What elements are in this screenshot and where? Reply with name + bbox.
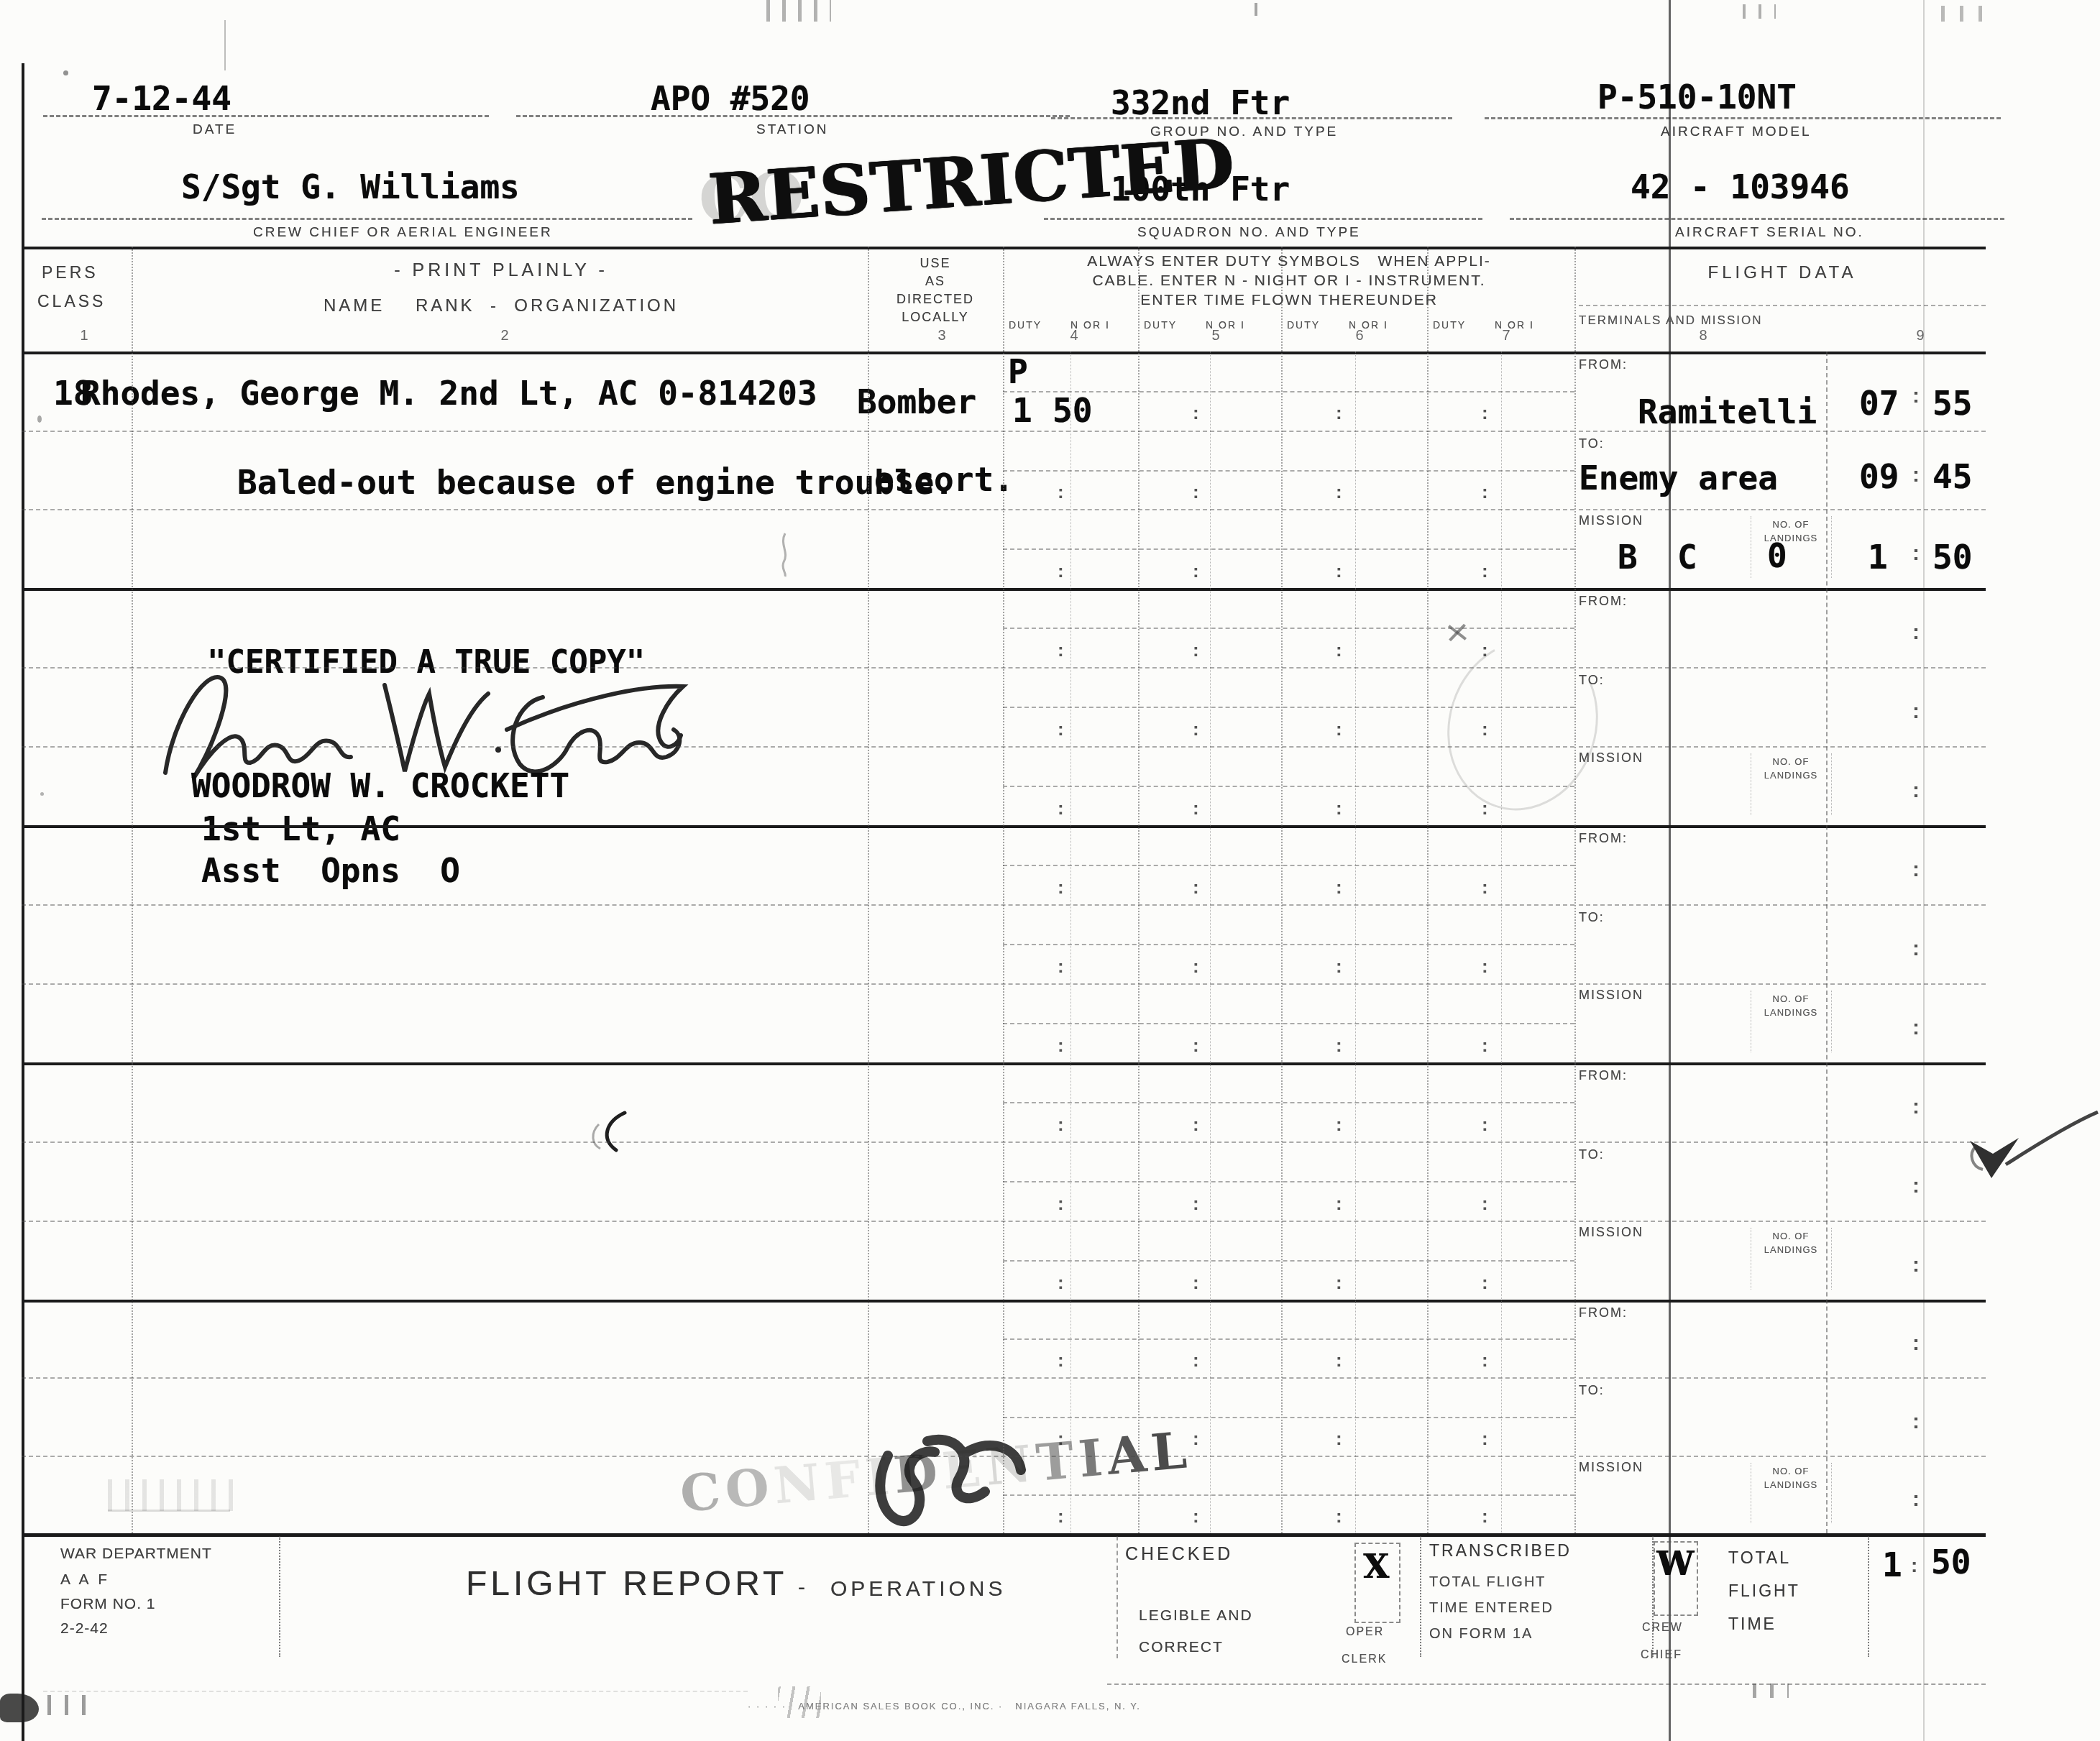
date-underline <box>43 115 489 117</box>
column-rule <box>1003 247 1004 1533</box>
flight-time-colon: : <box>1912 1095 1920 1119</box>
footer-rule <box>279 1536 280 1657</box>
column-number: 3 <box>927 328 956 344</box>
duty-colon: : <box>1193 639 1199 661</box>
duty-colon: : <box>1058 718 1064 740</box>
duty-row-divider <box>1003 1102 1574 1103</box>
duty-colon: : <box>1482 718 1488 740</box>
duty-row-divider <box>1003 786 1574 787</box>
form-id-3: FORM NO. 1 <box>60 1596 156 1613</box>
duty-colon: : <box>1058 1272 1064 1294</box>
duty-subcol-label: DUTY <box>1144 319 1177 331</box>
footer-rule <box>1652 1536 1654 1657</box>
flight-row-divider <box>1579 667 1986 669</box>
duty-row-divider <box>1003 865 1574 866</box>
flight-time-colon: : <box>1912 1410 1920 1434</box>
flight-time-colon: : <box>1912 937 1920 961</box>
duty-colon: : <box>1058 560 1064 582</box>
duty-row-divider <box>1003 1181 1574 1182</box>
duty-colon: : <box>1336 955 1342 978</box>
duty-row-divider <box>1003 944 1574 945</box>
station-label: STATION <box>756 122 829 138</box>
duty-colon: : <box>1193 955 1199 978</box>
ink-dot-2 <box>37 415 42 423</box>
duty-mid-rule <box>1501 352 1502 1533</box>
landings-label-2: LANDINGS <box>1751 1007 1831 1018</box>
flight-data-label: FLIGHT DATA <box>1579 263 1986 283</box>
landings-box-right <box>1831 753 1832 815</box>
column-number: 9 <box>1906 328 1935 344</box>
group-underline <box>1051 117 1452 119</box>
row-divider <box>22 1456 1574 1457</box>
mission-minutes-value: 50 <box>1932 538 1972 576</box>
to-minutes-value: 45 <box>1932 457 1972 496</box>
duty-colon: : <box>1193 1272 1199 1294</box>
top-tick-single <box>1255 3 1257 16</box>
form-id-4: 2-2-42 <box>60 1620 109 1637</box>
duty-colon: : <box>1482 1505 1488 1528</box>
duty-colon: : <box>1058 1193 1064 1215</box>
duty-colon: : <box>1336 1505 1342 1528</box>
duty-colon: : <box>1058 1113 1064 1136</box>
form-id-1: WAR DEPARTMENT <box>60 1545 212 1563</box>
column-rule <box>868 247 869 1533</box>
checked-line-2: CORRECT <box>1139 1639 1224 1656</box>
duty-row-divider <box>1003 707 1574 708</box>
duty-row-divider <box>1003 391 1574 392</box>
crew-chief-label: CREW CHIEF OR AERIAL ENGINEER <box>253 225 553 241</box>
flight-time-colon: : <box>1912 463 1920 487</box>
checked-line-1: LEGIBLE AND <box>1139 1607 1253 1625</box>
use-value-1: Bomber <box>857 382 976 421</box>
scan-faint-line-top <box>224 20 226 70</box>
heavy-rule <box>22 1533 1986 1537</box>
form-id-2: A A F <box>60 1571 110 1589</box>
flight-report-scan: 7-12-44 DATE APO #520 STATION 332nd Ftr … <box>0 0 2100 1741</box>
serial-label: AIRCRAFT SERIAL NO. <box>1675 225 1864 241</box>
duty-colon: : <box>1193 402 1199 424</box>
from-value: Ramitelli <box>1638 392 1817 431</box>
column-rule <box>1281 247 1283 1533</box>
scan-fold-line <box>1669 0 1671 1741</box>
to-label: TO: <box>1579 436 1605 451</box>
duty-colon: : <box>1193 1113 1199 1136</box>
pilot-name-value: Rhodes, George M. 2nd Lt, AC 0-814203 <box>81 374 817 413</box>
duty-colon: : <box>1482 1113 1488 1136</box>
confidential-letter: I <box>1076 1428 1105 1489</box>
landings-label-1: NO. OF <box>1751 519 1831 530</box>
column-number: 6 <box>1345 328 1374 344</box>
footer-bottom-line-faint <box>43 1691 748 1692</box>
duty-colon: : <box>1193 481 1199 503</box>
footer-bottom-line <box>1107 1683 1986 1685</box>
duty-colon: : <box>1482 1034 1488 1057</box>
duty-colon: : <box>1193 1428 1199 1450</box>
flight-time-colon: : <box>1912 778 1920 803</box>
oper-label-1: OPER <box>1346 1626 1384 1639</box>
flight-row-divider <box>1579 746 1986 748</box>
transcribed-1: TRANSCRIBED <box>1429 1541 1572 1561</box>
signed-name: WOODROW W. CROCKETT <box>191 766 569 805</box>
from-minutes-value: 55 <box>1932 384 1972 423</box>
flight-time-colon: : <box>1912 1253 1920 1277</box>
crew-label-1: CREW <box>1642 1622 1683 1635</box>
flight-row-divider <box>1579 904 1986 906</box>
landings-label-1: NO. OF <box>1751 993 1831 1004</box>
mission-label: MISSION <box>1579 1460 1643 1475</box>
station-underline <box>516 115 1070 117</box>
date-label: DATE <box>193 122 237 138</box>
flight-row-divider <box>1579 1456 1986 1457</box>
top-right-ticks <box>1743 4 1776 19</box>
footer-rule-dashed <box>1117 1536 1118 1658</box>
duty-colon: : <box>1482 639 1488 661</box>
duty-colon: : <box>1482 1272 1488 1294</box>
column-rule <box>1427 247 1429 1533</box>
transcribed-4: ON FORM 1A <box>1429 1626 1533 1643</box>
faded-stamp-underline <box>108 1510 230 1512</box>
bottom-left-ticks <box>47 1695 91 1715</box>
column-number: 4 <box>1060 328 1088 344</box>
duty-colon: : <box>1336 560 1342 582</box>
flight-row-divider <box>1579 1221 1986 1222</box>
signed-rank: 1st Lt, AC <box>201 809 400 848</box>
duty-colon: : <box>1058 876 1064 899</box>
serial-value: 42 - 103946 <box>1631 167 1850 206</box>
duty-row-divider <box>1003 628 1574 629</box>
confidential-letter: C <box>678 1461 723 1524</box>
row-divider <box>22 983 1574 985</box>
row-divider <box>22 667 1574 669</box>
to-label: TO: <box>1579 673 1605 688</box>
flight-row-divider <box>1579 1377 1986 1379</box>
duty-colon: : <box>1482 481 1488 503</box>
from-hours-value: 07 <box>1859 384 1899 423</box>
duty-colon: : <box>1482 1428 1488 1450</box>
use-label-1: USE <box>870 256 1001 271</box>
duty-colon: : <box>1482 1349 1488 1372</box>
faded-stamp-remnant <box>108 1479 237 1511</box>
from-label: FROM: <box>1579 1305 1628 1320</box>
top-far-right-ticks <box>1941 6 1991 22</box>
duty-colon: : <box>1336 718 1342 740</box>
duty-colon: : <box>1336 797 1342 819</box>
footer-rule <box>1868 1536 1869 1657</box>
duty-subcol-label: DUTY <box>1433 319 1466 331</box>
duty-colon: : <box>1058 1349 1064 1372</box>
duty-colon: : <box>1058 1034 1064 1057</box>
flight-row-divider <box>1579 431 1986 432</box>
flight-data-divider <box>1579 305 1986 306</box>
crew-label-2: CHIEF <box>1641 1649 1682 1662</box>
duty-subcol-label: DUTY <box>1009 319 1042 331</box>
to-value: Enemy area <box>1579 459 1778 497</box>
duty-minutes-value: 50 <box>1053 391 1092 430</box>
duty-colon: : <box>1193 560 1199 582</box>
remark-value: Baled-out because of engine trouble. <box>237 463 954 502</box>
confidential-letter: L <box>1149 1420 1189 1483</box>
crew-chief-checkmark: W <box>1656 1544 1694 1583</box>
aircraft-model-underline <box>1485 117 2001 119</box>
print-plainly-label: - PRINT PLAINLY - <box>137 260 866 281</box>
from-label: FROM: <box>1579 1068 1628 1083</box>
transcribed-2: TOTAL FLIGHT <box>1429 1574 1546 1591</box>
column-number: 1 <box>70 328 98 344</box>
column-rule <box>132 247 133 1533</box>
total-label-3: TIME <box>1728 1614 1776 1634</box>
duty-row-divider <box>1003 1338 1574 1340</box>
use-label-4: LOCALLY <box>870 310 1001 325</box>
flight-time-colon: : <box>1912 1174 1920 1198</box>
duty-row-divider <box>1003 1494 1574 1496</box>
landings-label-1: NO. OF <box>1751 1231 1831 1241</box>
report-subtitle: OPERATIONS <box>830 1577 1006 1602</box>
duty-colon: : <box>1336 639 1342 661</box>
bottom-center-pencil <box>778 1686 821 1718</box>
bottom-left-blob <box>0 1694 39 1722</box>
column-number: 5 <box>1201 328 1230 344</box>
transcribed-3: TIME ENTERED <box>1429 1600 1554 1617</box>
duty-colon: : <box>1336 1113 1342 1136</box>
from-label: FROM: <box>1579 831 1628 846</box>
duty-colon: : <box>1482 560 1488 582</box>
duty-colon: : <box>1336 1272 1342 1294</box>
row-divider <box>22 1141 1574 1143</box>
landings-box-right <box>1831 991 1832 1052</box>
duty-header-1: ALWAYS ENTER DUTY SYMBOLS WHEN APPLI- <box>1007 253 1572 270</box>
duty-colon: : <box>1058 639 1064 661</box>
column-rule <box>1138 247 1140 1533</box>
duty-hours-value: 1 <box>1012 391 1032 430</box>
mission-hours-value: 1 <box>1868 538 1888 576</box>
flight-row-divider <box>1579 509 1986 510</box>
duty-row-divider <box>1003 1417 1574 1418</box>
duty-symbol-value: P <box>1008 352 1028 391</box>
column-rule <box>1574 247 1576 1533</box>
date-value: 7-12-44 <box>92 79 231 118</box>
confidential-letter: F <box>822 1448 863 1511</box>
to-label: TO: <box>1579 1383 1605 1398</box>
duty-colon: : <box>1193 1034 1199 1057</box>
mission-codes-value: B C <box>1618 538 1697 576</box>
row-divider <box>22 431 1574 432</box>
duty-colon: : <box>1193 718 1199 740</box>
pers-label-2: CLASS <box>37 292 106 311</box>
flight-time-colon: : <box>1912 1016 1920 1040</box>
landings-label-2: LANDINGS <box>1751 1479 1831 1490</box>
pencil-check-mark <box>1955 1096 2100 1190</box>
footer-rule <box>1420 1536 1421 1657</box>
total-label-1: TOTAL <box>1728 1548 1791 1568</box>
group-value: 332nd Ftr <box>1111 83 1290 122</box>
scan-faint-line <box>1923 0 1925 1741</box>
row-divider <box>22 509 1574 510</box>
duty-colon: : <box>1058 1428 1064 1450</box>
mission-label: MISSION <box>1579 1225 1643 1240</box>
oper-clerk-checkmark: X <box>1363 1547 1389 1586</box>
duty-colon: : <box>1482 876 1488 899</box>
from-label: FROM: <box>1579 594 1628 609</box>
oper-label-2: CLERK <box>1342 1653 1387 1666</box>
duty-row-divider <box>1003 470 1574 472</box>
flight-time-colon: : <box>1912 699 1920 724</box>
confidential-overstamp-blob <box>859 1420 1046 1535</box>
landings-label-2: LANDINGS <box>1751 533 1831 543</box>
duty-colon: : <box>1482 797 1488 819</box>
duty-mid-rule <box>1210 352 1211 1533</box>
column-number: 8 <box>1689 328 1718 344</box>
crew-chief-value: S/Sgt G. Williams <box>181 167 520 206</box>
terminals-label: TERMINALS AND MISSION <box>1579 313 1762 328</box>
flight-time-colon: : <box>1912 384 1920 408</box>
column-number: 7 <box>1492 328 1521 344</box>
total-label-2: FLIGHT <box>1728 1581 1800 1601</box>
flight-row-divider <box>1579 1141 1986 1143</box>
duty-row-divider <box>1003 1023 1574 1024</box>
duty-row-divider <box>1003 1260 1574 1262</box>
row-divider <box>22 904 1574 906</box>
station-value: APO #520 <box>651 79 810 118</box>
flight-time-colon: : <box>1912 620 1920 645</box>
duty-colon: : <box>1482 955 1488 978</box>
duty-colon: : <box>1336 1193 1342 1215</box>
row-divider <box>22 1221 1574 1222</box>
to-label: TO: <box>1579 910 1605 925</box>
from-label: FROM: <box>1579 357 1628 372</box>
serial-underline <box>1510 218 2004 220</box>
ink-dot <box>63 70 68 75</box>
use-value-2: escort. <box>874 460 1014 499</box>
flight-time-colon: : <box>1912 1331 1920 1356</box>
duty-colon: : <box>1193 1193 1199 1215</box>
landings-box-right <box>1831 516 1832 578</box>
to-hours-value: 09 <box>1859 457 1899 496</box>
mission-label: MISSION <box>1579 513 1643 528</box>
total-minutes-value: 50 <box>1931 1543 1971 1581</box>
smudge-circle <box>1426 620 1620 830</box>
duty-colon: : <box>1193 1505 1199 1528</box>
mission-label: MISSION <box>1579 988 1643 1003</box>
duty-mid-rule <box>1070 352 1071 1533</box>
duty-colon: : <box>1193 1349 1199 1372</box>
signed-title: Asst Opns O <box>201 851 460 890</box>
duty-subcol-label: DUTY <box>1287 319 1320 331</box>
bottom-right-ticks <box>1753 1683 1789 1698</box>
squadron-label: SQUADRON NO. AND TYPE <box>1137 225 1361 241</box>
crew-chief-underline <box>42 218 692 220</box>
duty-mid-rule <box>1355 352 1356 1533</box>
duty-colon: : <box>1058 481 1064 503</box>
use-label-3: DIRECTED <box>870 292 1001 307</box>
checked-label: CHECKED <box>1125 1544 1233 1565</box>
row-divider <box>22 1377 1574 1379</box>
aircraft-model-value: P-510-10NT <box>1597 78 1797 116</box>
name-rank-org-label: NAME RANK - ORGANIZATION <box>137 296 866 316</box>
landings-label-1: NO. OF <box>1751 756 1831 767</box>
total-time-colon: : <box>1911 1554 1917 1577</box>
squadron-underline <box>1044 218 1482 220</box>
restricted-stamp: RESTRICTED <box>706 123 1237 241</box>
duty-colon: : <box>1336 1034 1342 1057</box>
duty-row-divider <box>1003 548 1574 550</box>
confidential-letter: N <box>771 1452 822 1515</box>
duty-colon: : <box>1193 797 1199 819</box>
ink-dot-3 <box>40 792 44 796</box>
duty-colon: : <box>1482 402 1488 424</box>
total-hours-value: 1 <box>1882 1545 1902 1584</box>
faint-squiggle <box>778 530 792 578</box>
landings-label-2: LANDINGS <box>1751 770 1831 781</box>
duty-colon: : <box>1336 1349 1342 1372</box>
to-label: TO: <box>1579 1147 1605 1162</box>
pers-label-1: PERS <box>42 263 98 282</box>
flight-time-colon: : <box>1912 858 1920 882</box>
small-ink-tick <box>586 1106 643 1156</box>
report-title-dash: - <box>798 1576 807 1600</box>
duty-colon: : <box>1058 955 1064 978</box>
landings-label-1: NO. OF <box>1751 1466 1831 1476</box>
landings-box-right <box>1831 1228 1832 1290</box>
flight-time-colon: : <box>1912 1487 1920 1512</box>
mission-label: MISSION <box>1579 750 1643 766</box>
duty-header-2: CABLE. ENTER N - NIGHT OR I - INSTRUMENT… <box>1007 272 1572 290</box>
row-divider <box>22 746 1574 748</box>
duty-colon: : <box>1336 1428 1342 1450</box>
landings-label-2: LANDINGS <box>1751 1244 1831 1255</box>
flight-time-colon: : <box>1912 541 1920 566</box>
top-tick-marks <box>766 0 831 22</box>
duty-colon: : <box>1058 797 1064 819</box>
aircraft-model-label: AIRCRAFT MODEL <box>1661 124 1812 140</box>
duty-header-3: ENTER TIME FLOWN THEREUNDER <box>1007 292 1572 309</box>
confidential-letter: O <box>723 1456 771 1520</box>
left-border <box>22 63 24 1741</box>
flight-row-divider <box>1579 983 1986 985</box>
report-title: FLIGHT REPORT <box>466 1564 787 1604</box>
landings-box-right <box>1831 1463 1832 1523</box>
duty-colon: : <box>1336 402 1342 424</box>
duty-colon: : <box>1336 876 1342 899</box>
duty-colon: : <box>1193 876 1199 899</box>
column-number: 2 <box>490 328 519 344</box>
duty-colon: : <box>1482 1193 1488 1215</box>
use-label-2: AS <box>870 274 1001 289</box>
duty-colon: : <box>1336 481 1342 503</box>
duty-colon: : <box>1058 1505 1064 1528</box>
